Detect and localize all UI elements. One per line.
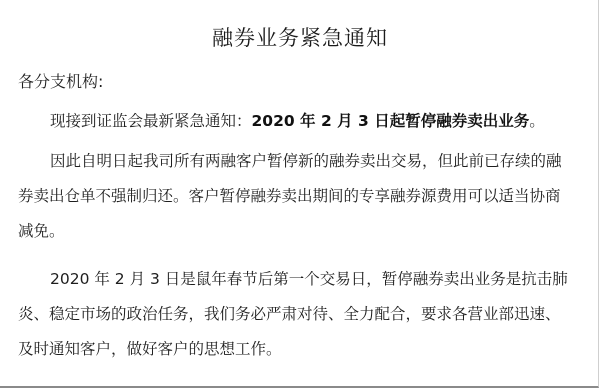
announcement-text: 现接到证监会最新紧急通知： [50,112,252,130]
salutation: 各分支机构: [18,69,103,92]
document-title: 融券业务紧急通知 [0,22,600,52]
paragraph-line: 因此自明日起我司所有两融客户暂停新的融券卖出交易，但此前已存续的融 [18,144,578,179]
paragraph-line: 及时通知客户，做好客户的思想工作。 [18,332,578,367]
paragraph-line: 券卖出仓单不强制归还。客户暂停融券卖出期间的专享融券源费用可以适当协商 [18,179,578,214]
paragraph-client-policy: 因此自明日起我司所有两融客户暂停新的融券卖出交易，但此前已存续的融 券卖出仓单不… [18,144,578,249]
line-text: 因此自明日起我司所有两融客户暂停新的融券卖出交易，但此前已存续的融 [50,152,562,170]
paragraph-announcement: 现接到证监会最新紧急通知：2020 年 2 月 3 日起暂停融券卖出业务。 [18,104,578,139]
paragraph-line: 2020 年 2 月 3 日是鼠年春节后第一个交易日，暂停融券卖出业务是抗击肺 [18,262,578,297]
notice-document: 融券业务紧急通知 各分支机构: 现接到证监会最新紧急通知：2020 年 2 月 … [0,0,599,388]
paragraph-line: 炎、稳定市场的政治任务，我们务必严肃对待、全力配合，要求各营业部迅速、 [18,297,578,332]
paragraph-political-task: 2020 年 2 月 3 日是鼠年春节后第一个交易日，暂停融券卖出业务是抗击肺 … [18,262,578,367]
line-text: 2020 年 2 月 3 日是鼠年春节后第一个交易日，暂停融券卖出业务是抗击肺 [50,270,568,288]
paragraph-line: 减免。 [18,214,578,249]
announcement-bold-text: 2020 年 2 月 3 日起暂停融券卖出业务 [252,112,530,130]
announcement-end: 。 [529,112,545,130]
